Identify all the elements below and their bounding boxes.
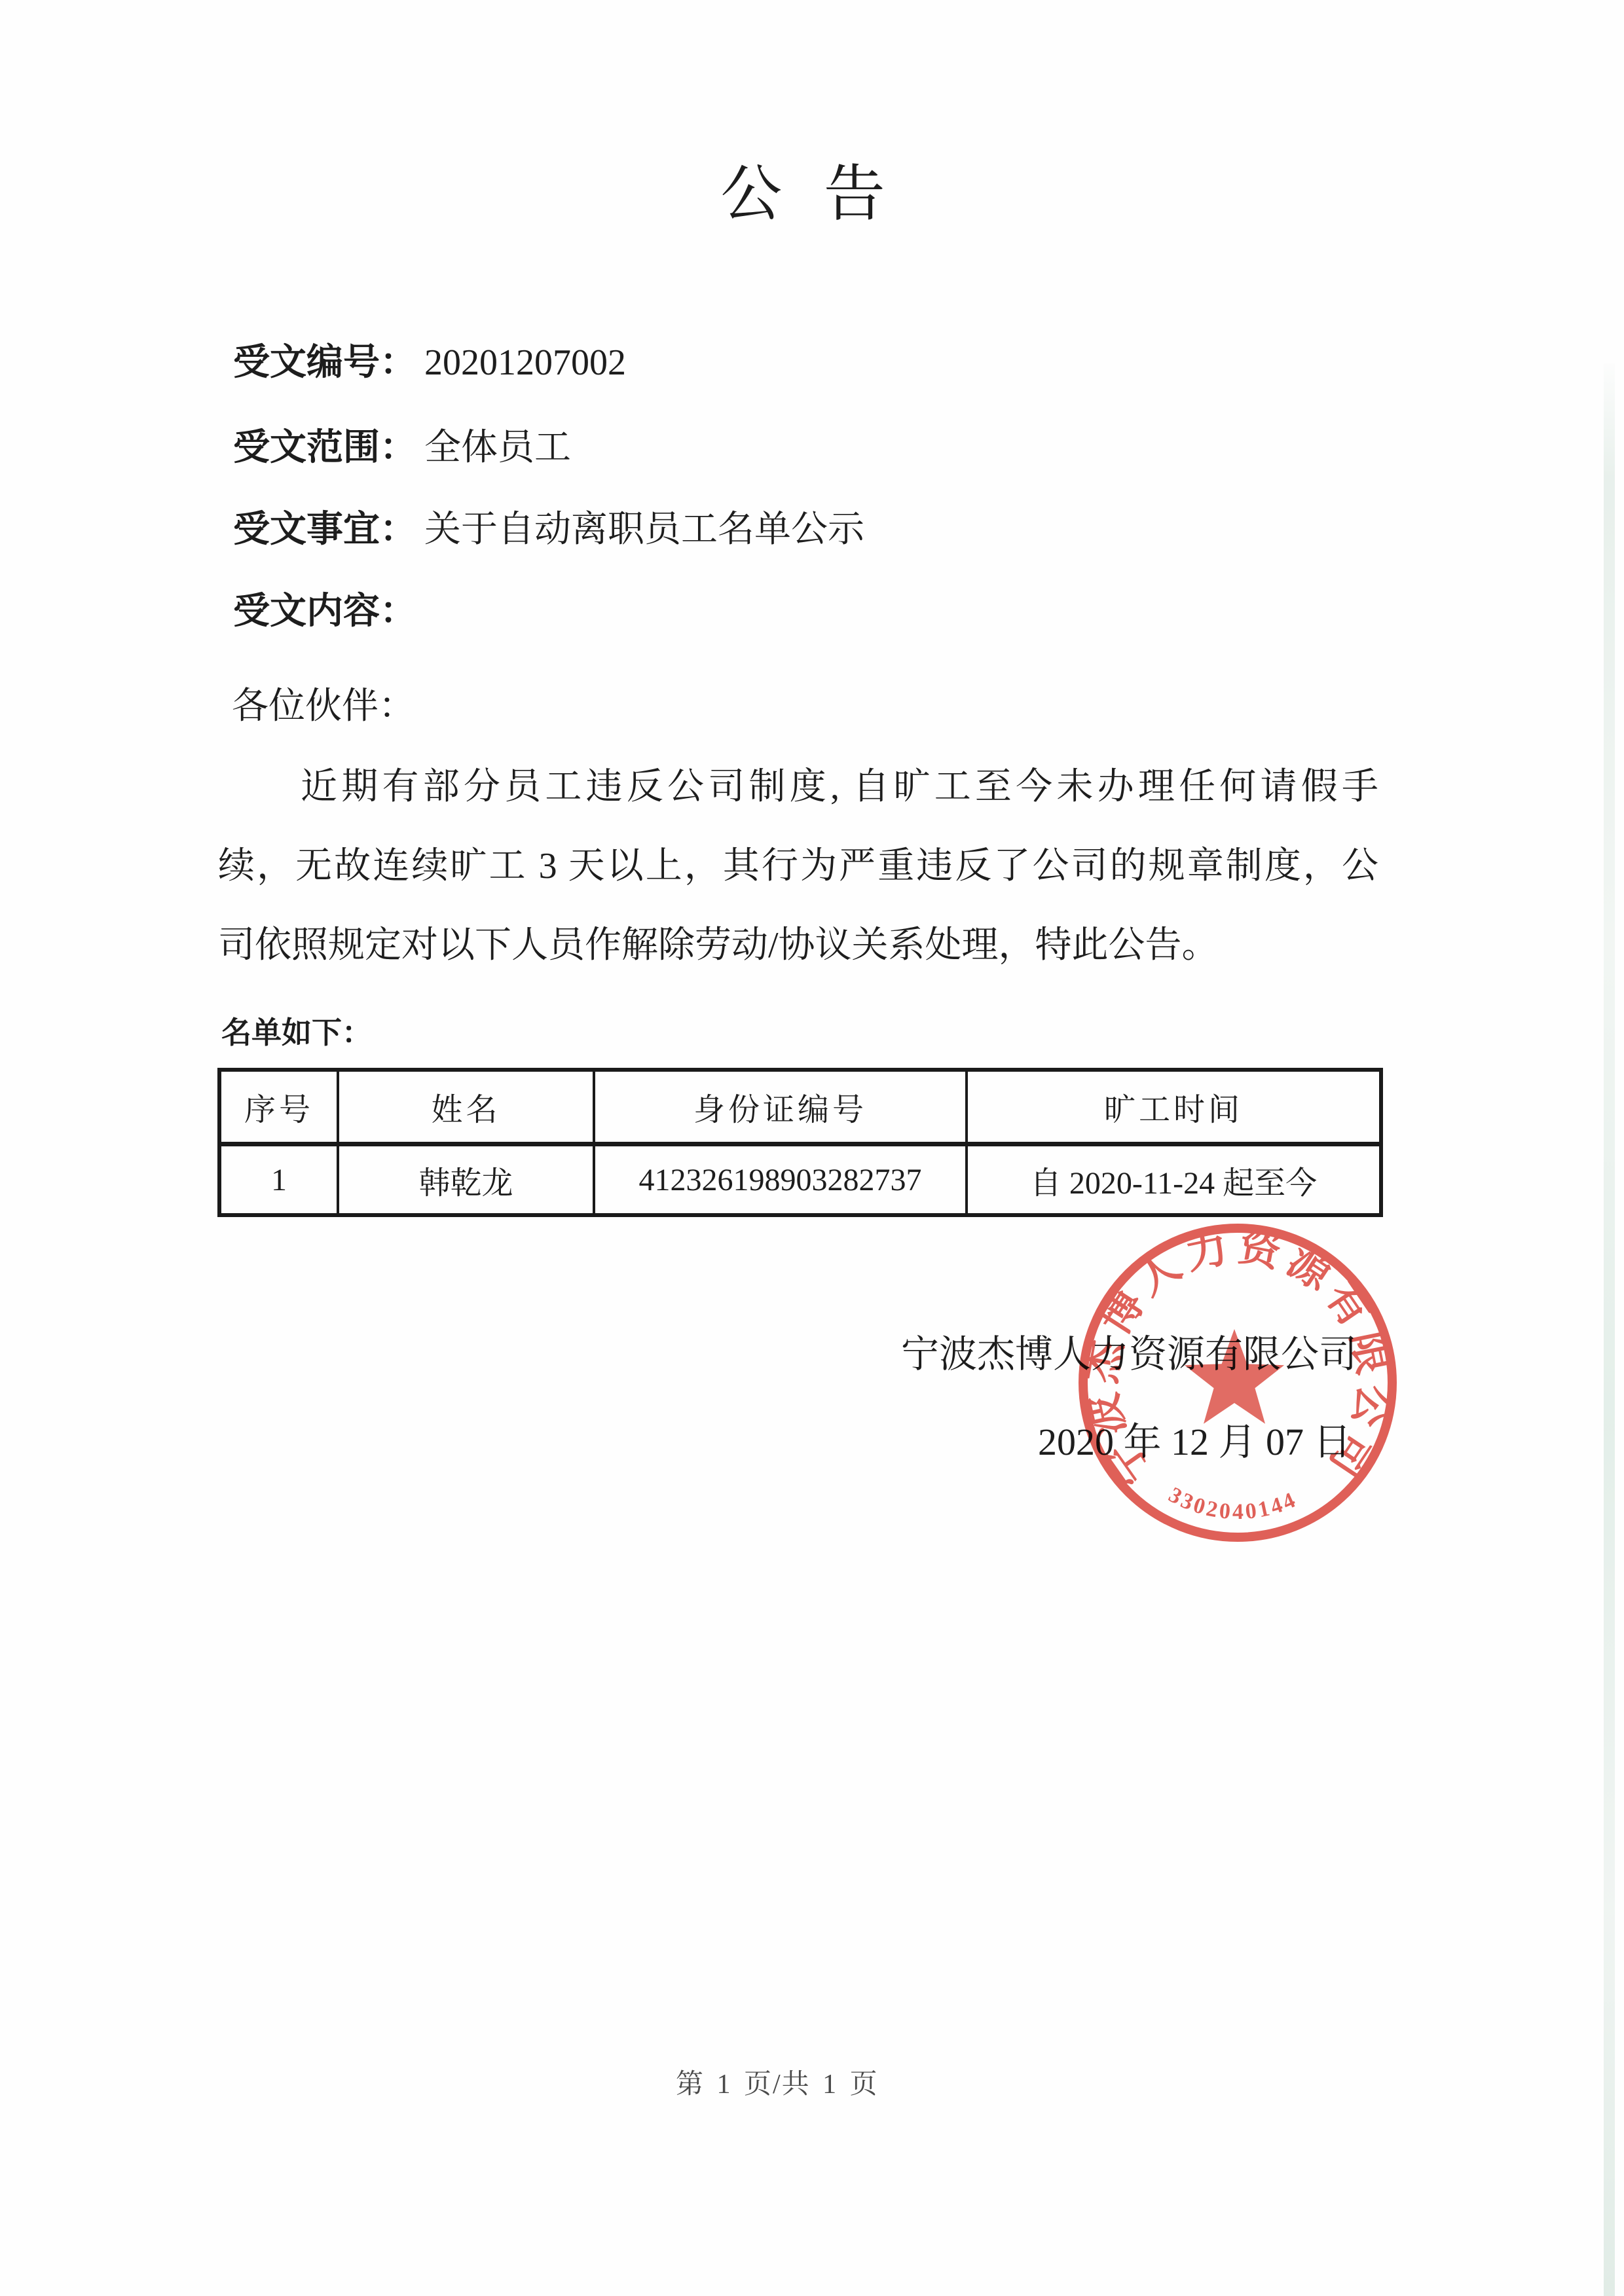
cell-name: 韩乾龙: [338, 1144, 594, 1216]
col-header-index: 序号: [219, 1070, 338, 1144]
cell-index: 1: [219, 1144, 338, 1216]
dismissed-employee-table: 序号 姓名 身份证编号 旷工时间 1 韩乾龙 41232619890328273…: [217, 1068, 1383, 1217]
field-row-scope: 受文范围：全体员工: [233, 426, 571, 469]
salutation: 各位伙伴：: [232, 685, 415, 728]
table-header-row: 序号 姓名 身份证编号 旷工时间: [219, 1070, 1381, 1144]
field-value-scope: 全体员工: [424, 428, 571, 468]
page-number: 第 1 页/共 1 页: [676, 2062, 879, 2102]
table-row: 1 韩乾龙 412326198903282737 自 2020-11-24 起至…: [219, 1144, 1381, 1216]
field-label-doc-number: 受文编号：: [233, 342, 416, 383]
field-label-subject: 受文事宜：: [233, 509, 416, 550]
cell-absence-period: 自 2020-11-24 起至今: [967, 1144, 1381, 1216]
field-value-doc-number: 20201207002: [424, 342, 626, 383]
body-line-1: 近期有部分员工违反公司制度, 自旷工至今未办理任何请假手: [218, 748, 1378, 827]
field-row-doc-number: 受文编号：20201207002: [233, 341, 626, 384]
body-line-3: 司依照规定对以下人员作解除劳动/协议关系处理，特此公告。: [218, 906, 1378, 985]
field-label-content: 受文内容：: [233, 591, 416, 632]
scanned-document-page: 公 告 受文编号：20201207002 受文范围：全体员工 受文事宜：关于自动…: [0, 0, 1624, 2296]
field-value-subject: 关于自动离职员工名单公示: [424, 509, 864, 550]
list-intro: 名单如下：: [221, 1016, 372, 1051]
scan-edge-artifact: [1604, 363, 1615, 2296]
svg-text:3302040144: 3302040144: [1164, 1483, 1301, 1524]
document-title: 公 告: [0, 164, 1615, 225]
field-row-subject: 受文事宜：关于自动离职员工名单公示: [233, 508, 864, 551]
company-seal: 宁波杰博人力资源有限公司 3302040144: [1074, 1219, 1401, 1546]
field-label-scope: 受文范围：: [233, 428, 416, 468]
body-line-2: 续，无故连续旷工 3 天以上，其行为严重违反了公司的规章制度，公: [218, 827, 1378, 906]
cell-id-number: 412326198903282737: [594, 1144, 967, 1216]
col-header-id-number: 身份证编号: [594, 1070, 967, 1144]
body-paragraph: 近期有部分员工违反公司制度, 自旷工至今未办理任何请假手 续，无故连续旷工 3 …: [218, 748, 1378, 985]
col-header-name: 姓名: [338, 1070, 594, 1144]
col-header-absence-period: 旷工时间: [967, 1070, 1381, 1144]
star-icon: [1185, 1329, 1284, 1424]
seal-serial-number: 3302040144: [1164, 1483, 1301, 1524]
field-row-content: 受文内容：: [233, 590, 424, 633]
